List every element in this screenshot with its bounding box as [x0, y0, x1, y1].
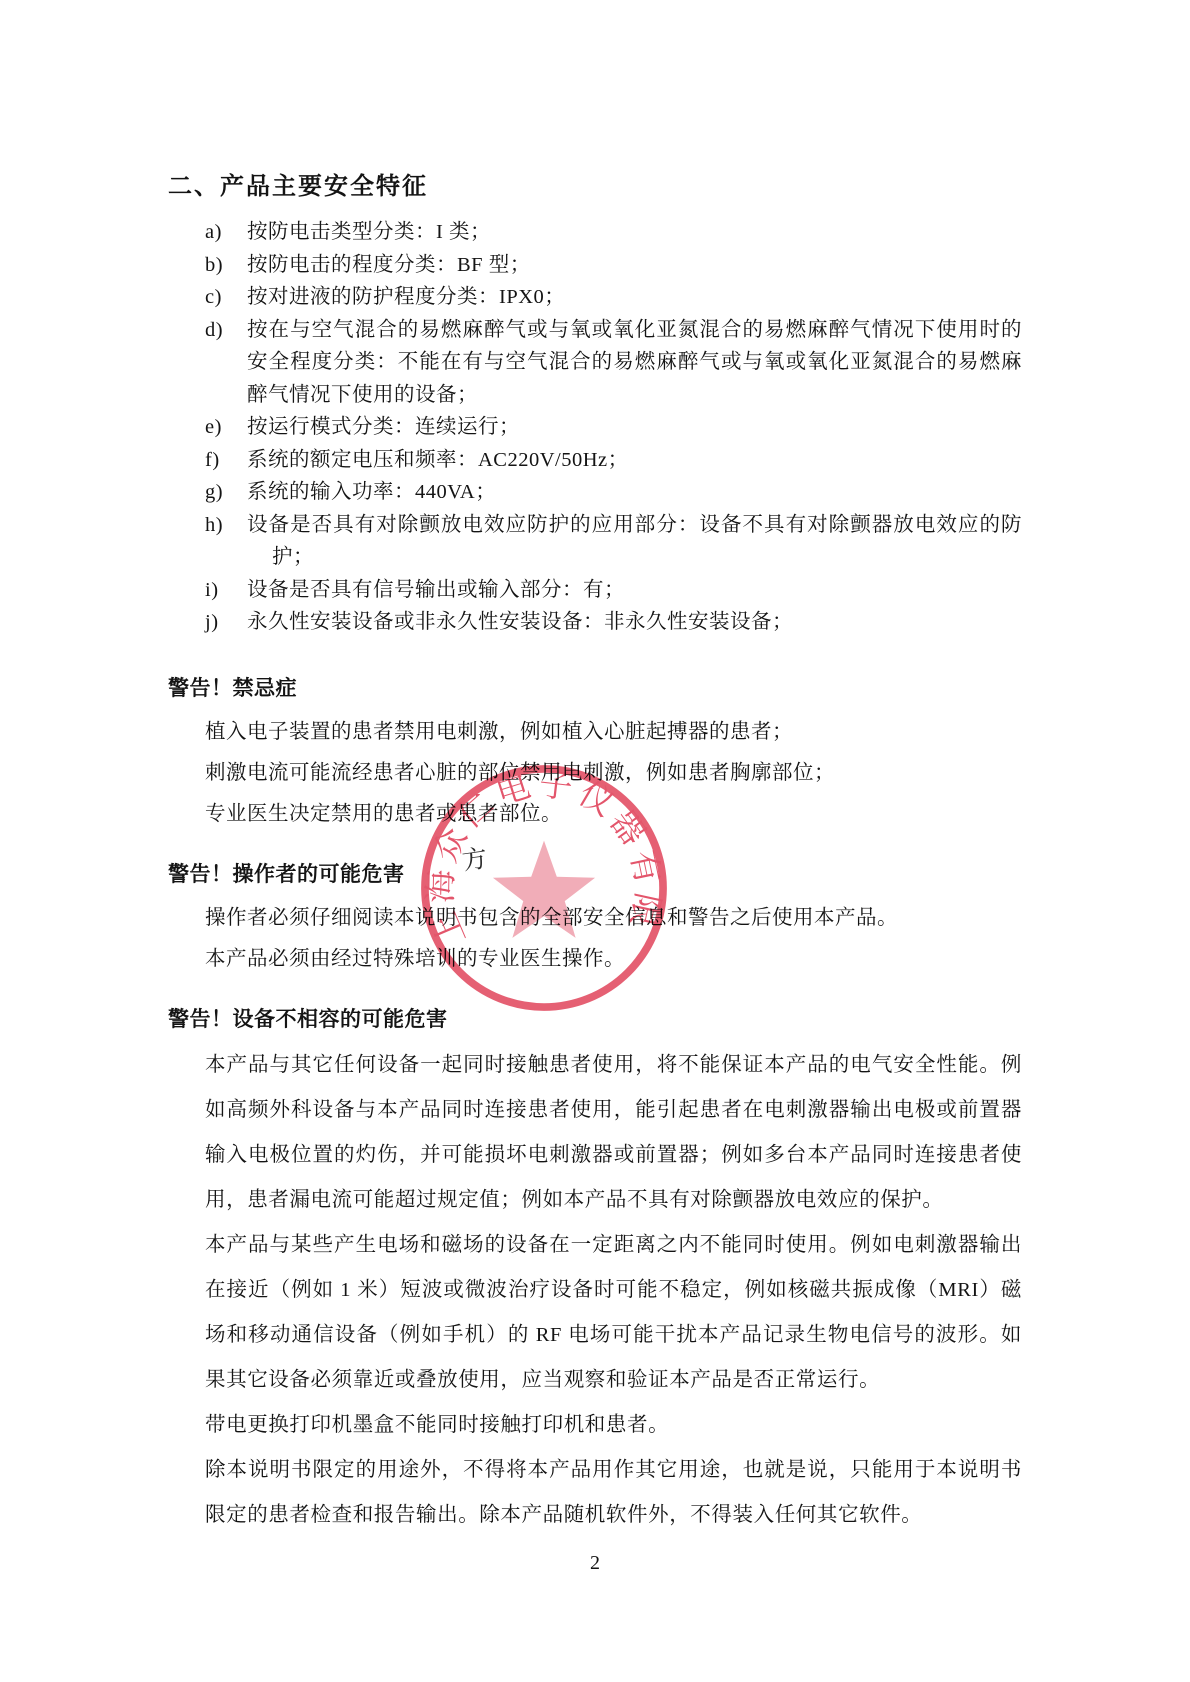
- list-item-label: i): [205, 574, 247, 607]
- warning-line: 本产品必须由经过特殊培训的专业医生操作。: [205, 939, 1022, 980]
- list-item-label: d): [205, 314, 247, 412]
- warning-heading: 警告！禁忌症: [168, 675, 1022, 702]
- warning-section-operator: 警告！操作者的可能危害 操作者必须仔细阅读本说明书包含的全部安全信息和警告之后使…: [168, 861, 1022, 980]
- warning-line: 刺激电流可能流经患者心脏的部位禁用电刺激，例如患者胸廓部位；: [205, 753, 1022, 794]
- warning-paragraph: 本产品与某些产生电场和磁场的设备在一定距离之内不能同时使用。例如电刺激器输出在接…: [205, 1223, 1022, 1403]
- list-item-label: g): [205, 476, 247, 509]
- list-item-label: f): [205, 444, 247, 477]
- warning-title: 禁忌症: [233, 677, 298, 700]
- list-item: a) 按防电击类型分类：I 类；: [205, 216, 1022, 249]
- list-item: i) 设备是否具有信号输出或输入部分：有；: [205, 574, 1022, 607]
- list-item: f) 系统的额定电压和频率：AC220V/50Hz；: [205, 444, 1022, 477]
- list-item-label: a): [205, 216, 247, 249]
- list-item-label: c): [205, 281, 247, 314]
- warning-paragraph: 带电更换打印机墨盒不能同时接触打印机和患者。: [205, 1403, 1022, 1448]
- list-item-label: e): [205, 411, 247, 444]
- list-item-text: 按对进液的防护程度分类：IPX0；: [247, 281, 1022, 314]
- warning-line: 专业医生决定禁用的患者或患者部位。: [205, 794, 1022, 835]
- warning-prefix: 警告！: [168, 1008, 233, 1031]
- list-item-text: 系统的输入功率：440VA；: [247, 476, 1022, 509]
- list-item-text: 永久性安装设备或非永久性安装设备：非永久性安装设备；: [247, 606, 1022, 639]
- list-item: d) 按在与空气混合的易燃麻醉气或与氧或氧化亚氮混合的易燃麻醉气情况下使用时的安…: [205, 314, 1022, 412]
- warning-paragraph: 除本说明书限定的用途外，不得将本产品用作其它用途，也就是说，只能用于本说明书限定…: [205, 1448, 1022, 1538]
- list-item-text: 系统的额定电压和频率：AC220V/50Hz；: [247, 444, 1022, 477]
- warning-line: 植入电子装置的患者禁用电刺激，例如植入心脏起搏器的患者；: [205, 712, 1022, 753]
- warning-prefix: 警告！: [168, 863, 233, 886]
- warning-section-incompatibility: 警告！设备不相容的可能危害 本产品与其它任何设备一起同时接触患者使用，将不能保证…: [168, 1006, 1022, 1538]
- list-item-text: 按运行模式分类：连续运行；: [247, 411, 1022, 444]
- list-item-label: b): [205, 249, 247, 282]
- warning-paragraph: 本产品与其它任何设备一起同时接触患者使用，将不能保证本产品的电气安全性能。例如高…: [205, 1043, 1022, 1223]
- document-page: 二、产品主要安全特征 a) 按防电击类型分类：I 类； b) 按防电击的程度分类…: [0, 0, 1190, 1682]
- stray-ink-mark: 方: [460, 838, 490, 877]
- page-number: 2: [0, 1552, 1190, 1575]
- list-item: j) 永久性安装设备或非永久性安装设备：非永久性安装设备；: [205, 606, 1022, 639]
- warning-title: 操作者的可能危害: [233, 863, 405, 886]
- list-item: e) 按运行模式分类：连续运行；: [205, 411, 1022, 444]
- warning-title: 设备不相容的可能危害: [233, 1008, 448, 1031]
- list-item-label: j): [205, 606, 247, 639]
- list-item: h) 设备是否具有对除颤放电效应防护的应用部分：设备不具有对除颤器放电效应的防护…: [205, 509, 1022, 574]
- warning-heading: 警告！设备不相容的可能危害: [168, 1006, 1022, 1033]
- list-item-text: 设备是否具有对除颤放电效应防护的应用部分：设备不具有对除颤器放电效应的防护；: [247, 509, 1022, 574]
- list-item: c) 按对进液的防护程度分类：IPX0；: [205, 281, 1022, 314]
- page-title: 二、产品主要安全特征: [168, 172, 1022, 202]
- warning-line: 操作者必须仔细阅读本说明书包含的全部安全信息和警告之后使用本产品。: [205, 898, 1022, 939]
- list-item: b) 按防电击的程度分类：BF 型；: [205, 249, 1022, 282]
- safety-classification-list: a) 按防电击类型分类：I 类； b) 按防电击的程度分类：BF 型； c) 按…: [205, 216, 1022, 639]
- list-item: g) 系统的输入功率：440VA；: [205, 476, 1022, 509]
- list-item-text: 按防电击的程度分类：BF 型；: [247, 249, 1022, 282]
- list-item-label: h): [205, 509, 247, 574]
- list-item-text: 按防电击类型分类：I 类；: [247, 216, 1022, 249]
- list-item-text: 按在与空气混合的易燃麻醉气或与氧或氧化亚氮混合的易燃麻醉气情况下使用时的安全程度…: [247, 314, 1022, 412]
- warning-section-contraindication: 警告！禁忌症 植入电子装置的患者禁用电刺激，例如植入心脏起搏器的患者； 刺激电流…: [168, 675, 1022, 835]
- warning-prefix: 警告！: [168, 677, 233, 700]
- warning-heading: 警告！操作者的可能危害: [168, 861, 1022, 888]
- list-item-text: 设备是否具有信号输出或输入部分：有；: [247, 574, 1022, 607]
